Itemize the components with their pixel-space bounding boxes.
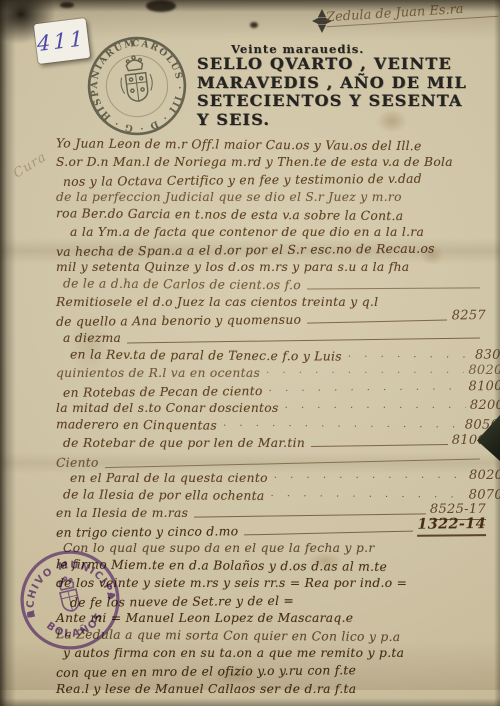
leader <box>223 418 461 430</box>
manuscript-text: de quello a Ana benorio y quomensuo <box>56 313 301 329</box>
edge-speck <box>60 2 74 8</box>
amount-value <box>484 151 486 153</box>
manuscript-line: a diezma <box>56 327 486 345</box>
leader <box>266 366 464 376</box>
leader <box>127 337 480 343</box>
manuscript-text: en Rotebas de Pecan de ciento <box>56 383 263 399</box>
manuscript-line: va hecha de Span.a a el d.or por el S.r … <box>56 237 486 258</box>
manuscript-line: Ciento <box>56 448 486 469</box>
amount-value: 8100 <box>468 378 486 395</box>
manuscript-line: de le a d.ha de Carlos de cient.os f.o <box>56 273 486 294</box>
amount-value: 8200 <box>470 398 486 415</box>
amount-value: 8020 <box>469 468 486 485</box>
manuscript-line: mil y setenta Quinze y los d.os m.rs y p… <box>56 257 486 275</box>
page-edge <box>0 0 16 706</box>
amount-value <box>484 221 486 223</box>
leader <box>307 287 480 289</box>
stamp-heading-line: MARAVEDIS , AÑO DE MIL <box>197 74 465 93</box>
page-edge <box>0 698 500 706</box>
amount-value: 1322-14 <box>417 515 486 537</box>
stamp-heading-line: SELLO QVARTO , VEINTE <box>197 55 465 74</box>
manuscript-line: le firmo Miem.te en d.a Bolaños y d.os d… <box>56 553 486 574</box>
margin-note: Cura <box>11 150 50 182</box>
amount-value <box>484 464 486 466</box>
manuscript-text: de Rotebar de que por len de Mar.tin <box>56 436 305 450</box>
archive-number-sticker: 411 <box>34 18 90 64</box>
amount-value <box>484 202 486 204</box>
leader <box>194 513 426 517</box>
amount-value <box>484 343 486 345</box>
manuscript-line: en Rotebas de Pecan de ciento 8100 <box>56 378 486 399</box>
manuscript-line: de la perfeccion Judicial que se dio el … <box>56 187 486 205</box>
amount-value <box>484 272 486 274</box>
amount-value: 8070 <box>469 487 486 504</box>
manuscript-line: S.or D.n Man.l de Noriega m.rd y Then.te… <box>56 152 486 170</box>
manuscript-text: en la Ilesia de m.ras <box>56 506 188 520</box>
manuscript-text: en la Rev.ta de paral de Tenec.e f.o y L… <box>56 346 342 362</box>
manuscript-text: quinientos de R.l va en ocentas <box>56 366 260 380</box>
manuscript-text: roa Ber.do Garcia en t.nos de esta v.a s… <box>56 206 404 223</box>
amount-value <box>484 553 486 555</box>
edge-speck <box>146 0 176 12</box>
manuscript-line: Con lo qual que supo da en el que la fec… <box>56 538 486 556</box>
amount-value <box>484 694 486 696</box>
amount-value <box>484 253 486 255</box>
manuscript-line: quinientos de R.l va en ocentas 8020 <box>56 362 486 380</box>
amount-value <box>484 623 486 625</box>
manuscript-line: con que en en mro de el ofizio y.o y.ru … <box>56 659 486 680</box>
amount-value: 8020 <box>468 363 486 380</box>
manuscript-line: de quello a Ana benorio y quomensuo 8257 <box>56 308 486 329</box>
manuscript-line: en trigo ciento y cinco d.mo 1322-14 <box>56 518 486 539</box>
leader <box>105 458 480 468</box>
leader <box>348 349 471 360</box>
manuscript-line: en la Rev.ta de paral de Tenec.e f.o y L… <box>56 343 486 364</box>
manuscript-text: Remitiosele el d.o Juez la cas cientos t… <box>56 295 378 309</box>
manuscript-text: de la Ilesia de por ella ochenta <box>56 487 265 503</box>
royal-seal-stamp: CAROLUS · III · D · G · HISPANIARUM · RE… <box>78 27 196 145</box>
manuscript-page: 411 CAROLUS · III · D · G · HISPANIARUM … <box>0 0 500 706</box>
manuscript-line: en el Paral de la questa ciento 8020 <box>56 467 486 485</box>
manuscript-line: a la Ym.a de facta que contenor de que d… <box>56 222 486 240</box>
leader <box>244 530 413 535</box>
coat-of-arms-icon <box>118 54 154 103</box>
manuscript-line: Rea.l y lese de Manuel Callaos ser de d.… <box>56 678 486 696</box>
manuscript-text: maderero en Cinquentas <box>56 417 217 432</box>
top-annotation: Zedula de Juan Es.ra <box>326 0 499 27</box>
amount-value <box>484 572 486 574</box>
archive-stamp-bottom-text: BOLAÑOS <box>42 608 110 646</box>
manuscript-text: Rea.l y lese de Manuel Callaos ser de d.… <box>56 682 356 696</box>
manuscript-text: con que en en mro de el ofizio y.o y.ru … <box>56 663 356 680</box>
amount-value <box>484 183 486 185</box>
stamp-heading: SELLO QVARTO , VEINTE MARAVEDIS , AÑO DE… <box>197 55 465 129</box>
stamp-heading-line: SETECIENTOS Y SESENTA <box>197 92 465 111</box>
manuscript-line: de la Ilesia de por ella ochenta 8070 <box>56 483 486 504</box>
manuscript-line: maderero en Cinquentas 8050 <box>56 413 486 434</box>
manuscript-line: de Rotebar de que por len de Mar.tin 810… <box>56 432 486 450</box>
leader <box>307 319 447 323</box>
svg-text:BOLAÑOS: BOLAÑOS <box>42 608 110 646</box>
leader <box>311 444 448 447</box>
edge-speck <box>250 22 258 28</box>
amount-value <box>484 604 486 606</box>
leader <box>274 471 465 481</box>
manuscript-line: roa Ber.do Garcia en t.nos de esta v.a s… <box>56 202 486 223</box>
manuscript-line: la mitad del s.to Conar doscientos 8200 <box>56 397 486 415</box>
leader <box>271 488 465 500</box>
shield-icon <box>57 575 81 612</box>
leader <box>269 382 465 394</box>
manuscript-text: Ciento <box>56 455 99 469</box>
manuscript-line: nos y la Octava Certifico y en fee y tes… <box>56 167 486 188</box>
amount-value <box>484 674 486 676</box>
amount-value: 8050 <box>465 417 486 434</box>
leader <box>285 401 466 411</box>
manuscript-text: de le a d.ha de Carlos de cient.os f.o <box>56 276 301 292</box>
stamp-heading-line: Y SEIS. <box>197 111 465 130</box>
amount-value: 8257 <box>452 308 486 325</box>
archive-number: 411 <box>37 26 86 56</box>
